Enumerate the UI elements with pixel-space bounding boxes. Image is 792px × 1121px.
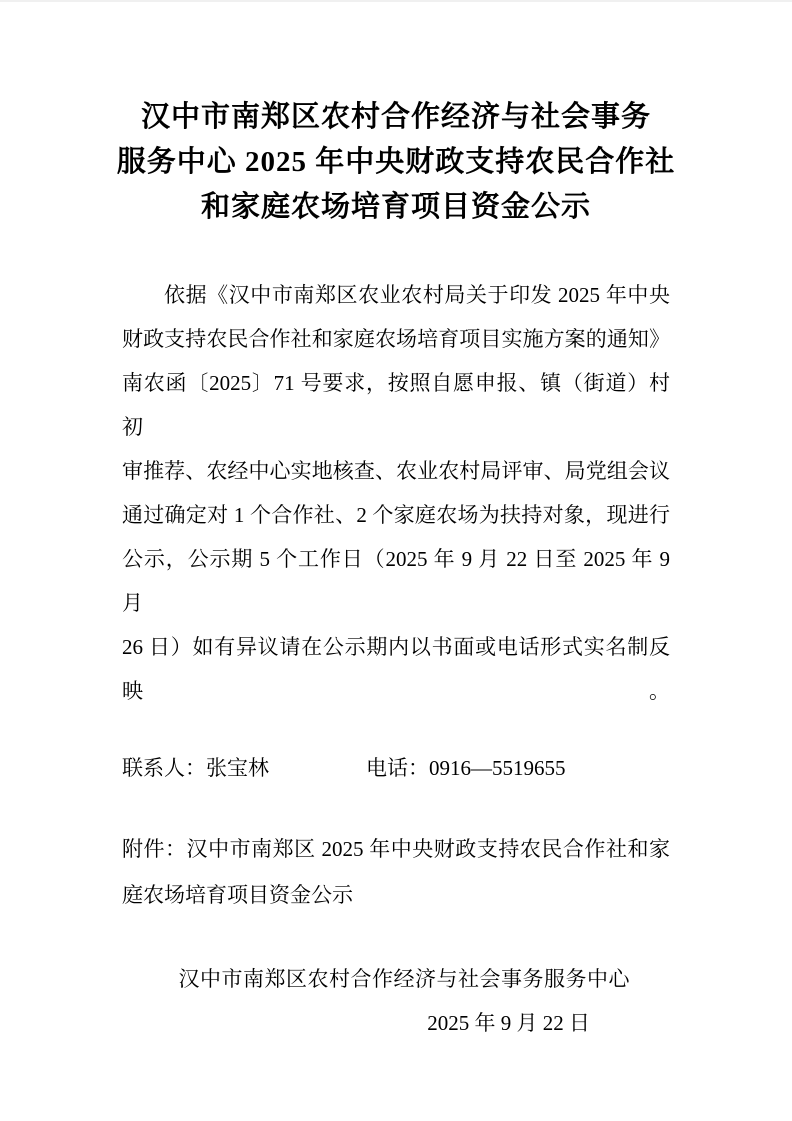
body-line: 依据《汉中市南郑区农业农村局关于印发 2025 年中央 [122,273,670,317]
attachment: 附件：汉中市南郑区 2025 年中央财政支持农民合作社和家 庭农场培育项目资金公… [122,826,670,918]
body-line: 南农函〔2025〕71 号要求，按照自愿申报、镇（街道）村初 [122,361,670,449]
body-line: 通过确定对 1 个合作社、2 个家庭农场为扶持对象，现进行 [122,493,670,537]
body-line: 财政支持农民合作社和家庭农场培育项目实施方案的通知》 [122,317,670,361]
body-line: 审推荐、农经中心实地核查、农业农村局评审、局党组会议 [122,449,670,493]
title-line-2: 服务中心 2025 年中央财政支持农民合作社 [58,140,734,185]
contact-person: 联系人：张宝林 [122,746,366,790]
document-page: 汉中市南郑区农村合作经济与社会事务 服务中心 2025 年中央财政支持农民合作社… [0,0,792,1121]
contact-phone: 电话：0916—5519655 [366,746,566,790]
signature-date: 2025 年 9 月 22 日 [0,1001,590,1045]
document-title: 汉中市南郑区农村合作经济与社会事务 服务中心 2025 年中央财政支持农民合作社… [58,95,734,230]
title-line-1: 汉中市南郑区农村合作经济与社会事务 [58,95,734,140]
body-paragraph: 依据《汉中市南郑区农业农村局关于印发 2025 年中央 财政支持农民合作社和家庭… [122,273,670,713]
title-line-3: 和家庭农场培育项目资金公示 [58,185,734,230]
attachment-line: 庭农场培育项目资金公示 [122,872,670,918]
signature-org: 汉中市南郑区农村合作经济与社会事务服务中心 [0,957,630,1001]
body-line: 公示，公示期 5 个工作日（2025 年 9 月 22 日至 2025 年 9 … [122,537,670,625]
attachment-line: 附件：汉中市南郑区 2025 年中央财政支持农民合作社和家 [122,826,670,872]
body-line: 26 日）如有异议请在公示期内以书面或电话形式实名制反映。 [122,625,670,713]
contact-line: 联系人：张宝林 电话：0916—5519655 [122,746,670,790]
